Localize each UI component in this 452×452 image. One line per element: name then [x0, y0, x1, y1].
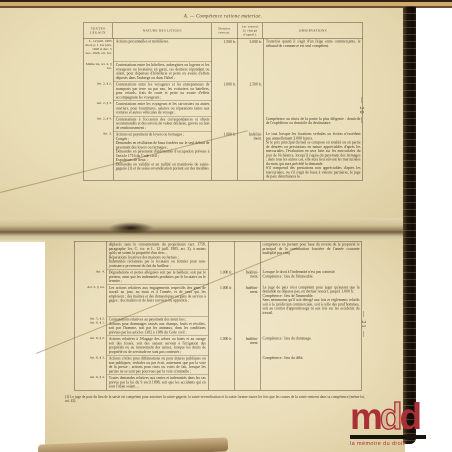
table-row: Art. 2, § 3.Contestations entre les voya…: [84, 101, 363, 116]
logo-letter-d: d: [400, 396, 420, 437]
cell-observations: Lorsque le droit à l'indemnité n'est pas…: [260, 269, 362, 284]
table-row: Art. 5, § 2. Art. 6, § 1.Contestations r…: [75, 316, 362, 336]
footnote: (1) Le juge de paix du lieu de la saisie…: [65, 395, 365, 404]
table-header-row: TEXTES LÉGAUX NATURE DES LITIGES Dernier…: [84, 23, 363, 39]
cell-dernier-ressort: 1.000 fr.: [208, 269, 234, 284]
section-caption: A. — Compétence ratione materiae.: [83, 14, 363, 19]
cell-nature-litige: déplacés sans le consentement du proprié…: [106, 242, 208, 270]
cell-nature-litige: Actions en payement de loyers ou fermage…: [113, 131, 211, 180]
table-row: Art. 6, § 2.Actions relatives à l'élagag…: [75, 336, 362, 356]
cell-textes-legaux: Art. 5, § 1er.: [75, 284, 107, 316]
book-photo: — 20 — — 21 — A. — Compétence ratione ma…: [0, 0, 452, 452]
cell-textes-legaux: Art. 2, § 2.: [84, 81, 114, 101]
cell-nature-litige: Dégradations et pertes alléguées soit pa…: [106, 269, 208, 284]
cell-nature-litige: Contestations entre les hôteliers, auber…: [113, 62, 211, 82]
top-page-content: A. — Compétence ratione materiae. TEXTES…: [83, 14, 363, 214]
mdd-watermark-logo: mdd la mémoire du droit: [350, 399, 445, 447]
cell-nature-litige: Contestations entre les voyageurs et les…: [113, 81, 211, 101]
cell-premier-ressort: Indéfini- ment.: [234, 284, 260, 316]
cell-dernier-ressort: [211, 101, 237, 116]
logo-letter-d-outline: d: [380, 396, 400, 437]
cell-premier-ressort: [234, 316, 260, 336]
cell-textes-legaux: Art. 3.: [84, 131, 114, 180]
cell-textes-legaux: [75, 242, 107, 270]
cell-observations: compétence en prenant pour base du reven…: [260, 242, 362, 270]
cell-nature-litige: Actions personnelles et mobilières.: [113, 39, 211, 62]
cell-textes-legaux: Art. 6, § 2.: [75, 336, 107, 356]
cell-premier-ressort: [237, 116, 263, 131]
table-row: Art. 5, § 1er.Les actions relatives aux …: [75, 284, 362, 316]
cell-dernier-ressort: [208, 316, 234, 336]
header-premier-ressort: 1er ressort (à charge d'appel).: [237, 23, 263, 38]
table-body-bottom: déplacés sans le consentement du proprié…: [75, 242, 362, 390]
cell-observations: Compétence au choix de la partie la plus…: [263, 116, 362, 131]
cell-premier-ressort: [237, 101, 263, 116]
bottom-page-content: déplacés sans le consentement du proprié…: [74, 241, 362, 449]
logo-letter-m: m: [350, 396, 380, 437]
header-observations: OBSERVATIONS: [263, 23, 363, 38]
page-gutter-shadow: [0, 218, 405, 242]
cell-textes-legaux: Même loi, art. 2, § 1er.: [84, 62, 114, 82]
cell-nature-litige: Les actions relatives aux engagements re…: [106, 284, 208, 316]
cell-dernier-ressort: 1.000 fr.: [211, 81, 237, 101]
cell-nature-litige: Contestations relatives au payement des …: [106, 316, 208, 336]
cell-textes-legaux: Art. 5, § 2. Art. 6, § 1.: [75, 316, 107, 336]
header-textes-legaux: TEXTES LÉGAUX: [84, 23, 113, 38]
cell-dernier-ressort: [208, 242, 234, 270]
competence-table-top: TEXTES LÉGAUX NATURE DES LITIGES Dernier…: [83, 23, 363, 181]
cell-premier-ressort: [234, 375, 260, 390]
book-top-edge: [0, 0, 452, 8]
cell-premier-ressort: Indéfini- ment.: [237, 131, 263, 180]
cell-observations: [260, 316, 362, 336]
cell-dernier-ressort: [211, 62, 237, 82]
cell-premier-ressort: 2.500 fr.: [237, 81, 263, 101]
competence-table-bottom: déplacés sans le consentement du proprié…: [74, 241, 362, 390]
cell-textes-legaux: Art. 2, § 4.: [84, 116, 114, 131]
cell-textes-legaux: Art. 6, § 4.: [75, 375, 107, 390]
cell-observations: [260, 375, 362, 390]
cell-premier-ressort: [237, 62, 263, 82]
cell-nature-litige: Toutes demandes relatives aux rentes et …: [106, 375, 208, 390]
cell-dernier-ressort: [211, 116, 237, 131]
table-row: Art. 2, § 4.Contestations à l'occasion d…: [84, 116, 363, 131]
cell-observations: Compétence : lieu du dommage.: [260, 336, 362, 356]
table-row: Art. 6, § 3.Actions civiles pour diffama…: [75, 355, 362, 375]
cell-nature-litige: Actions civiles pour diffamations ou pou…: [106, 355, 208, 375]
cell-dernier-ressort: 1.500 fr.: [211, 39, 237, 62]
cell-textes-legaux: L. 12 juill. 1905 mod. p. l. 1er janv. 1…: [84, 39, 114, 62]
header-dernier-ressort: Dernier ressort.: [211, 23, 237, 38]
cell-premier-ressort: Indéfini- ment.: [234, 336, 260, 356]
cell-observations: Toutefois quand il s'agit d'un litige en…: [263, 39, 362, 62]
cell-premier-ressort: [234, 242, 260, 270]
cell-dernier-ressort: [208, 375, 234, 390]
cell-textes-legaux: Art. 4.: [75, 269, 107, 284]
cell-nature-litige: Contestations entre les voyageurs et les…: [113, 101, 211, 116]
cell-premier-ressort: [234, 355, 260, 375]
cell-dernier-ressort: 1.000 fr.: [211, 131, 237, 180]
table-row: Art. 2, § 2.Contestations entre les voya…: [84, 81, 363, 101]
table-row: L. 12 juill. 1905 mod. p. l. 1er janv. 1…: [84, 39, 363, 62]
cell-observations: [263, 101, 362, 116]
cell-dernier-ressort: 1.000 fr.: [208, 284, 234, 316]
table-row: déplacés sans le consentement du proprié…: [75, 242, 362, 270]
cell-premier-ressort: 3.000 fr.: [237, 39, 263, 62]
cell-dernier-ressort: [208, 355, 234, 375]
gutter-fold-shadow: [108, 222, 154, 234]
table-row: Même loi, art. 2, § 1er.Contestations en…: [84, 62, 363, 82]
cell-observations: [263, 62, 362, 82]
table-row: Art. 6, § 4.Toutes demandes relatives au…: [75, 375, 362, 390]
cell-nature-litige: Actions relatives à l'élagage des arbres…: [106, 336, 208, 356]
table-row: Art. 4.Dégradations et pertes alléguées …: [75, 269, 362, 284]
table-body-top: L. 12 juill. 1905 mod. p. l. 1er janv. 1…: [84, 39, 363, 180]
logo-caption: la mémoire du droit: [350, 441, 445, 447]
cell-observations: [263, 81, 362, 101]
cell-dernier-ressort: 1.000 fr.: [208, 336, 234, 356]
mdd-logo-letters: mdd: [350, 399, 445, 435]
cell-observations: Le tout lorsque les locations verbales o…: [263, 131, 362, 180]
cell-observations: Le juge de paix n'est compétent pour jug…: [260, 284, 362, 316]
book-fore-edge: [403, 6, 416, 444]
header-nature-des-litiges: NATURE DES LITIGES: [112, 23, 211, 38]
cell-textes-legaux: Art. 6, § 3.: [75, 355, 107, 375]
cell-observations: Compétence : lieu du délit.: [260, 355, 362, 375]
cell-premier-ressort: Indéfini- ment.: [234, 269, 260, 284]
table-row: Art. 3.Actions en payement de loyers ou …: [84, 131, 363, 180]
cell-textes-legaux: Art. 2, § 3.: [84, 101, 114, 116]
cell-nature-litige: Contestations à l'occasion des correspon…: [113, 116, 211, 131]
